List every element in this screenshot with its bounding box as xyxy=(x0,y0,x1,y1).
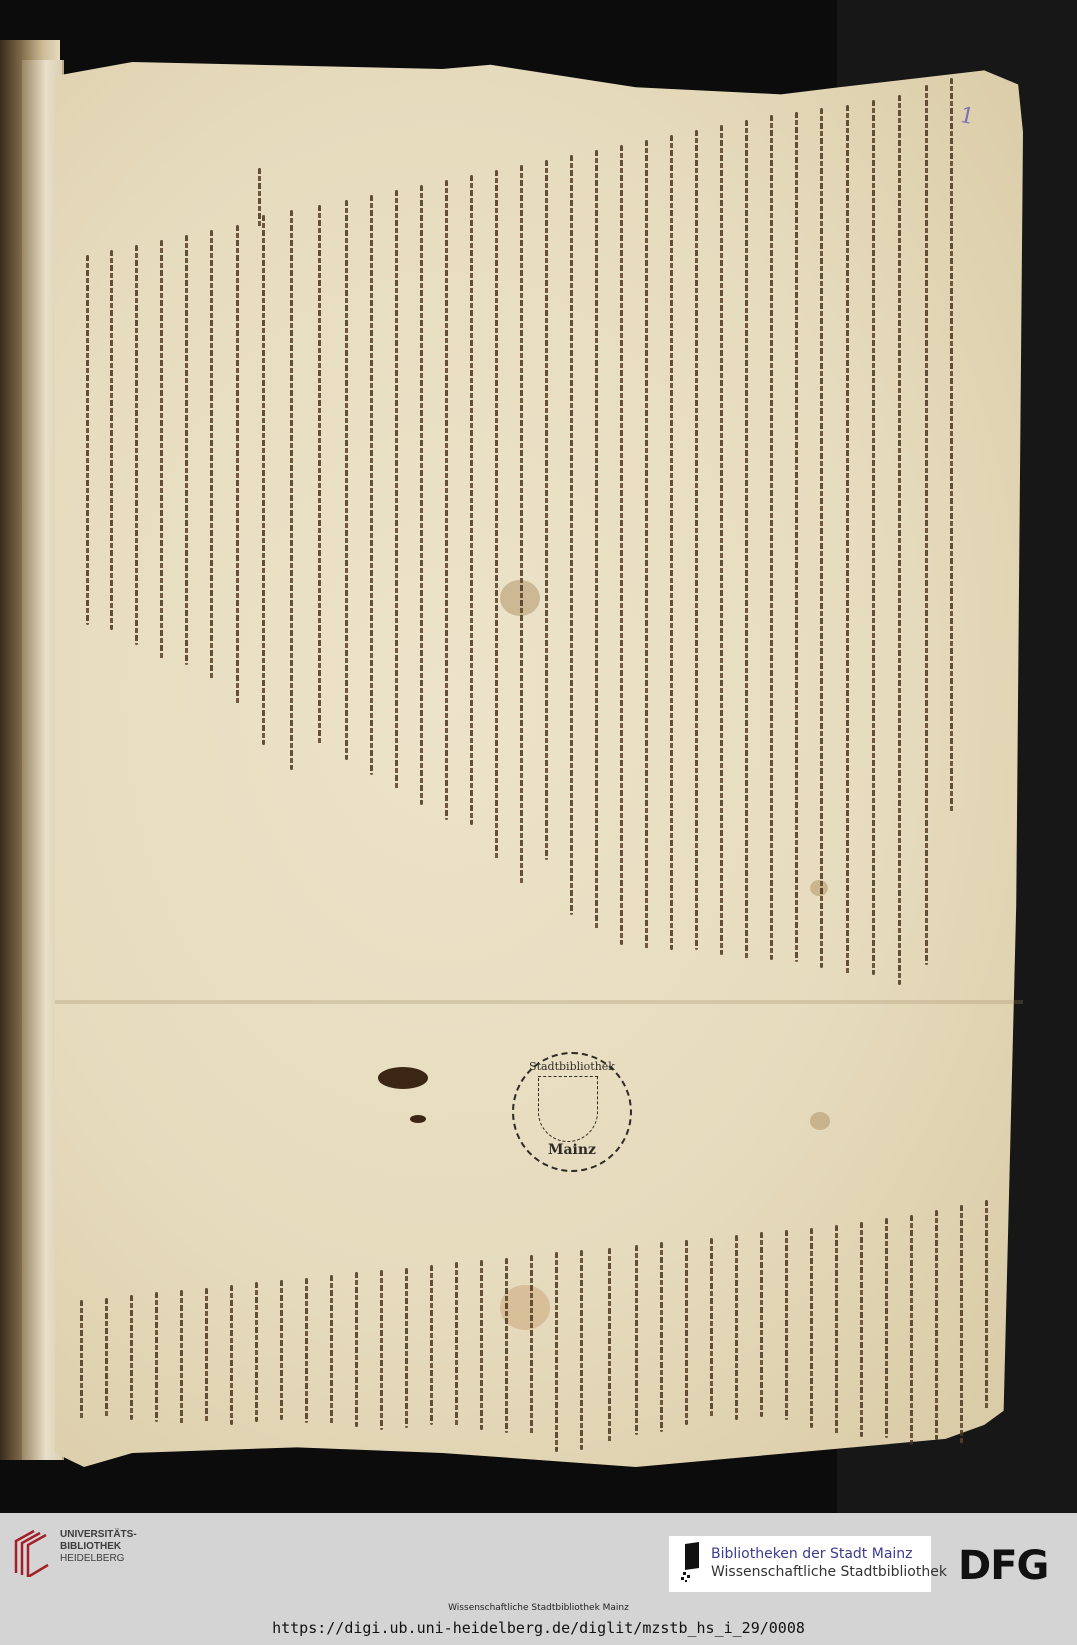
coat-of-arms-icon xyxy=(538,1076,598,1142)
manuscript-page xyxy=(55,62,1023,1467)
stamp-top-text: Stadtbibliothek xyxy=(514,1060,630,1073)
stamp-bottom-text: Mainz xyxy=(514,1142,630,1158)
stain xyxy=(810,1112,830,1130)
dfg-logo[interactable]: DFG xyxy=(958,1543,1048,1589)
manuscript-scan: 1 Stadtbibliothek Mainz xyxy=(0,0,1077,1513)
mainz-library-logo[interactable]: Bibliotheken der Stadt Mainz Wissenschaf… xyxy=(669,1536,931,1592)
mainz-logo-line2: Wissenschaftliche Stadtbibliothek xyxy=(711,1564,947,1580)
mainz-logo-line1: Bibliotheken der Stadt Mainz xyxy=(711,1546,913,1562)
library-stamp: Stadtbibliothek Mainz xyxy=(512,1052,632,1172)
book-icon xyxy=(677,1542,701,1584)
page-fold xyxy=(55,1000,1023,1004)
ub-heidelberg-logo-text: UNIVERSITÄTS- BIBLIOTHEK HEIDELBERG xyxy=(60,1529,137,1565)
ub-logo-line3: HEIDELBERG xyxy=(60,1553,137,1565)
ink-blot xyxy=(378,1067,428,1089)
ub-logo-line1: UNIVERSITÄTS- xyxy=(60,1529,137,1541)
ub-heidelberg-logo-icon xyxy=(12,1523,54,1577)
ink-blot xyxy=(410,1115,426,1123)
institution-name: Wissenschaftliche Stadtbibliothek Mainz xyxy=(0,1603,1077,1613)
stain xyxy=(810,880,828,896)
viewer-footer: UNIVERSITÄTS- BIBLIOTHEK HEIDELBERG Bibl… xyxy=(0,1513,1077,1645)
permalink-url[interactable]: https://digi.ub.uni-heidelberg.de/diglit… xyxy=(0,1619,1077,1637)
ub-logo-line2: BIBLIOTHEK xyxy=(60,1541,137,1553)
